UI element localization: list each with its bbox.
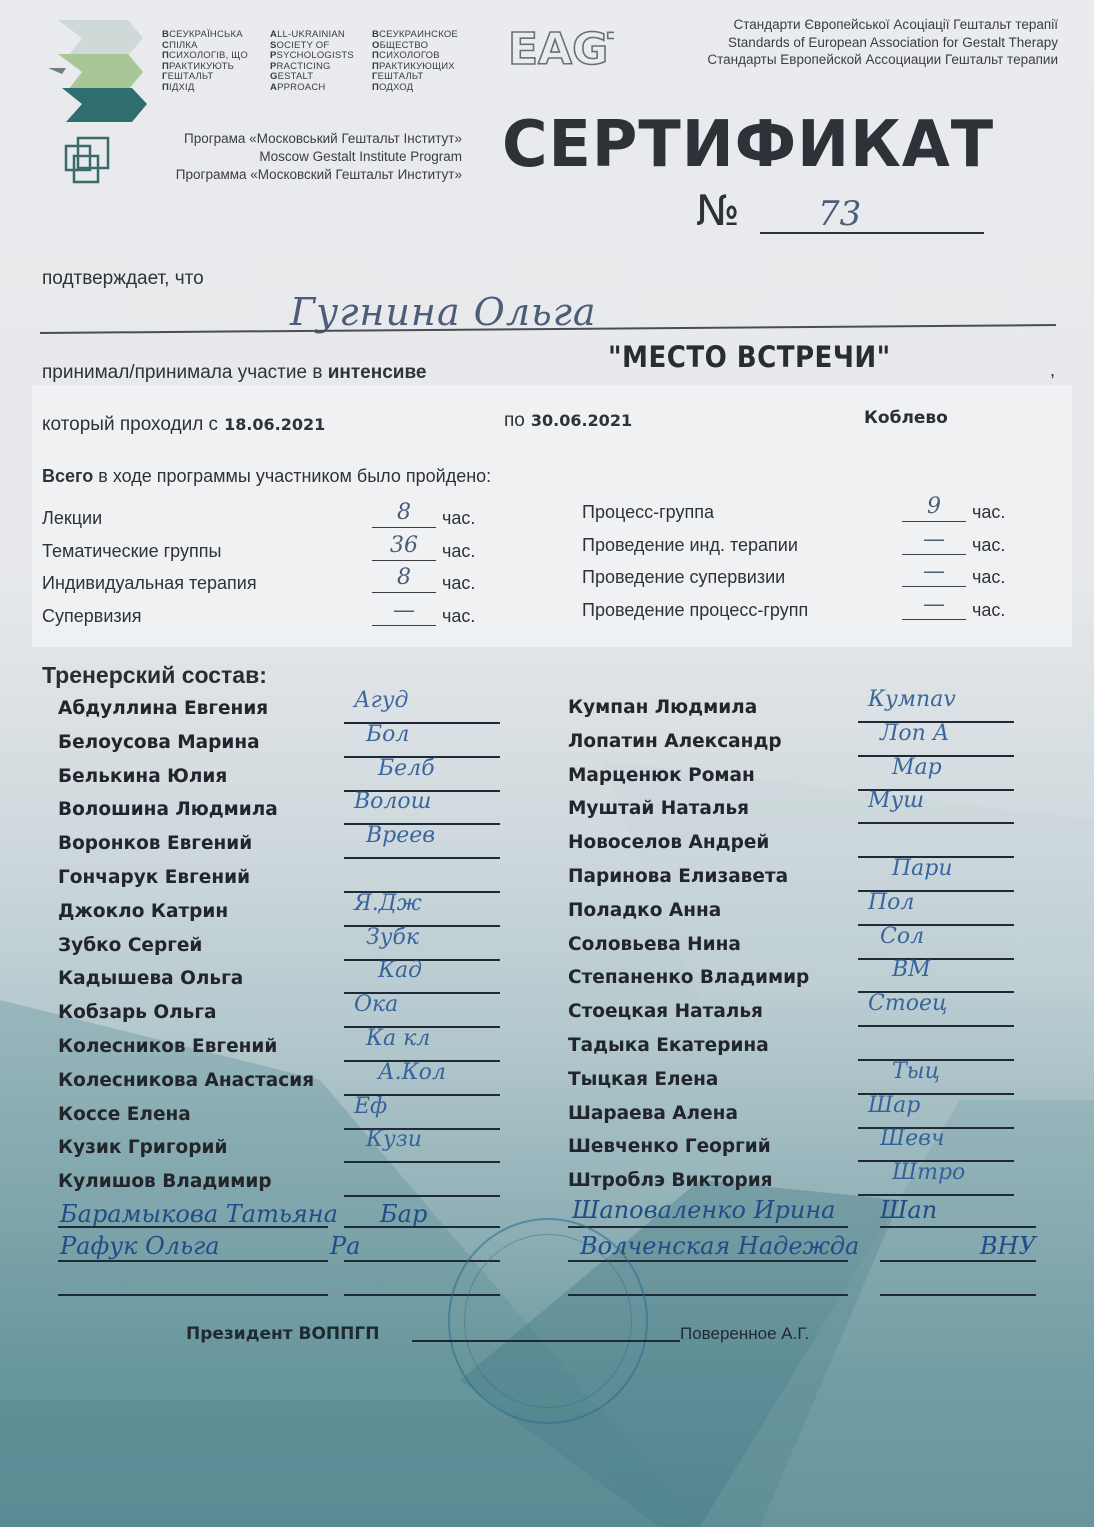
trainer-signature: Сол — [880, 924, 924, 949]
hours-label: Индивидуальная терапия — [42, 573, 257, 594]
society-name-line: PSYCHOLOGISTS — [270, 51, 354, 62]
hours-value: — — [923, 527, 945, 552]
trainer-signature: Я.Дж — [354, 891, 422, 916]
trainer-signature: Шевч — [880, 1126, 945, 1151]
trainer-name: Штроблэ Виктория — [568, 1170, 773, 1191]
date-from: 18.06.2021 — [224, 415, 325, 434]
trainer-signature: Шар — [868, 1093, 920, 1118]
svg-text:EAGT: EAGT — [508, 24, 614, 70]
trainer-name: Соловьева Нина — [568, 934, 741, 955]
society-name-line: ПСИХОЛОГОВ — [372, 51, 458, 62]
hours-unit: час. — [442, 541, 475, 562]
certificate-number-line — [760, 232, 984, 234]
hours-value: 9 — [927, 494, 941, 519]
trainer-signature: Белб — [378, 756, 435, 781]
hours-value-field: — — [372, 606, 436, 626]
trainer-name: Поладко Анна — [568, 900, 721, 921]
trainer-name: Паринова Елизавета — [568, 866, 788, 887]
president-signature-line — [412, 1340, 680, 1342]
hours-total-text: в ходе программы участником было пройден… — [93, 466, 491, 486]
society-initial: П — [162, 50, 169, 61]
society-initial: A — [270, 29, 277, 40]
trainer-signature: Кумпаv — [868, 687, 956, 712]
society-initial: Г — [372, 71, 378, 82]
hours-value: 8 — [397, 500, 411, 525]
trainer-name: Кулишов Владимир — [58, 1171, 272, 1192]
society-name-line: ВСЕУКРАИНСКОЕ — [372, 30, 458, 41]
society-initial: В — [372, 29, 379, 40]
hours-value-field: — — [902, 535, 966, 555]
society-initial: В — [162, 29, 169, 40]
society-initial: P — [270, 61, 277, 72]
signature-line — [880, 1294, 1036, 1296]
signature-line — [858, 958, 1014, 960]
society-initial: S — [270, 40, 277, 51]
hours-value-field: 9 — [902, 502, 966, 522]
trainer-name: Колесников Евгений — [58, 1036, 277, 1057]
society-name-line: ПОДХОД — [372, 83, 458, 94]
event-place: Коблево — [864, 408, 948, 428]
hours-unit: час. — [442, 606, 475, 627]
mgi-squares-logo — [62, 136, 114, 186]
trainer-signature: Еф — [354, 1094, 387, 1119]
eagt-logo: EAGT — [506, 22, 614, 70]
hours-value: — — [923, 592, 945, 617]
hours-label: Проведение процесс-групп — [582, 600, 808, 621]
trainer-name: Тадыка Екатерина — [568, 1035, 769, 1056]
trainer-signature: Муш — [868, 788, 924, 813]
trainer-signature: Тыц — [892, 1059, 940, 1084]
trainer-name: Белоусова Марина — [58, 732, 260, 753]
society-name-line: ГЕШТАЛЬТ — [372, 72, 458, 83]
signature-line — [858, 822, 1014, 824]
handwritten-trainer-name: Шаповаленко Ирина — [572, 1196, 835, 1224]
society-initial: П — [372, 82, 379, 93]
signature-line — [880, 1226, 1036, 1228]
program-line-ua: Програма «Московський Гештальт Інститут» — [176, 130, 462, 148]
trainer-name: Коссе Елена — [58, 1104, 191, 1125]
eagt-line-ru: Стандарты Европейской Ассоциации Гешталь… — [707, 51, 1058, 69]
trainer-signature: Кузи — [366, 1127, 422, 1152]
trainer-name: Тыцкая Елена — [568, 1069, 718, 1090]
trainer-name: Кадышева Ольга — [58, 968, 243, 989]
certificate-title: СЕРТИФИКАТ — [502, 108, 994, 182]
society-name-line: ПІДХІД — [162, 83, 248, 94]
trainer-signature: Штро — [892, 1160, 965, 1185]
society-name-ukrainian: ВСЕУКРАЇНСЬКАСПІЛКАПСИХОЛОГІВ, ЩОПРАКТИК… — [162, 30, 248, 93]
handwritten-trainer-signature: Бар — [380, 1200, 427, 1228]
hours-value: — — [393, 598, 415, 623]
hours-value: 36 — [390, 533, 418, 558]
hours-unit: час. — [972, 502, 1005, 523]
society-name-line: APPROACH — [270, 83, 354, 94]
society-name-line: ALL-UKRAINIAN — [270, 30, 354, 41]
hours-unit: час. — [442, 508, 475, 529]
society-initial: Г — [162, 71, 168, 82]
signature-line — [880, 1260, 1036, 1262]
trainer-name: Кузик Григорий — [58, 1137, 227, 1158]
signature-line — [344, 857, 500, 859]
signature-line — [58, 1260, 328, 1262]
hours-value-field: 8 — [372, 573, 436, 593]
trainer-name: Джокло Катрин — [58, 901, 228, 922]
certificate-number-label: № — [696, 186, 740, 235]
trainer-signature: Ока — [354, 992, 398, 1017]
signature-line — [858, 1025, 1014, 1027]
signature-line — [58, 1294, 328, 1296]
hours-value: 8 — [397, 565, 411, 590]
trainer-name: Кумпан Людмила — [568, 697, 757, 718]
participation-text: принимал/принимала участие в интенсиве — [42, 362, 426, 384]
trainer-signature: Агуд — [354, 688, 408, 713]
trainer-signature: Ка кл — [366, 1026, 430, 1051]
trainer-name: Волошина Людмила — [58, 799, 278, 820]
trainer-name: Воронков Евгений — [58, 833, 252, 854]
period-from: который проходил с18.06.2021 — [42, 414, 325, 436]
handwritten-trainer-signature: Шап — [880, 1196, 937, 1224]
society-name-line: ГЕШТАЛЬТ — [162, 72, 248, 83]
hours-unit: час. — [972, 600, 1005, 621]
hours-label: Супервизия — [42, 606, 141, 627]
period-to: по30.06.2021 — [504, 410, 632, 432]
eagt-line-ua: Стандарти Європейської Асоціації Гешталь… — [707, 16, 1058, 34]
trainer-signature: Волош — [354, 789, 432, 814]
trainer-signature: Кад — [378, 958, 422, 983]
trainer-signature: Мар — [892, 755, 942, 780]
society-name-russian: ВСЕУКРАИНСКОЕОБЩЕСТВОПСИХОЛОГОВПРАКТИКУЮ… — [372, 30, 458, 93]
trainer-name: Гончарук Евгений — [58, 867, 250, 888]
trainer-name: Новоселов Андрей — [568, 832, 769, 853]
society-initial: П — [162, 82, 169, 93]
society-name-line: ВСЕУКРАЇНСЬКА — [162, 30, 248, 41]
hours-unit: час. — [972, 535, 1005, 556]
signature-line — [568, 1226, 848, 1228]
society-initial: P — [270, 50, 277, 61]
trainer-name: Белькина Юлия — [58, 766, 227, 787]
eagt-standards-text: Стандарти Європейської Асоціації Гешталь… — [707, 16, 1058, 69]
society-initial: О — [372, 40, 380, 51]
signature-line — [344, 1226, 500, 1228]
participation-prefix: принимал/принимала участие в — [42, 362, 328, 383]
society-initial: G — [270, 71, 278, 82]
trainer-name: Шевченко Георгий — [568, 1136, 771, 1157]
trainer-name: Марценюк Роман — [568, 765, 755, 786]
trainer-name: Лопатин Александр — [568, 731, 782, 752]
trainer-name: Кобзарь Ольга — [58, 1002, 217, 1023]
trainer-signature: Вреев — [366, 823, 435, 848]
handwritten-trainer-signature: ВНУ — [980, 1232, 1036, 1260]
signature-line — [344, 1161, 500, 1163]
society-arrow-logo — [48, 18, 148, 123]
trainer-name: Степаненко Владимир — [568, 967, 809, 988]
program-line-ru: Программа «Московский Гештальт Институт» — [176, 166, 462, 184]
trainer-signature: А.Кол — [378, 1060, 446, 1085]
hours-value-field: 8 — [372, 508, 436, 528]
trainer-name: Шараева Алена — [568, 1103, 738, 1124]
hours-value-field: — — [902, 600, 966, 620]
trainers-heading: Тренерский состав: — [42, 662, 267, 689]
trainer-signature: Бол — [366, 722, 409, 747]
society-name-line: GESTALT — [270, 72, 354, 83]
participation-type: интенсиве — [328, 362, 427, 383]
trainer-name: Муштай Наталья — [568, 798, 749, 819]
hours-unit: час. — [972, 567, 1005, 588]
trainer-signature: Стоец — [868, 991, 947, 1016]
confirms-text: подтверждает, что — [42, 268, 204, 290]
hours-total-bold: Всего — [42, 466, 93, 486]
society-name-line: ПСИХОЛОГІВ, ЩО — [162, 51, 248, 62]
handwritten-trainer-name: Барамыкова Татьяна — [60, 1200, 338, 1228]
trainer-name: Зубко Сергей — [58, 935, 202, 956]
trainer-signature: Пол — [868, 890, 914, 915]
society-initial: A — [270, 82, 277, 93]
trainer-signature: Пари — [892, 856, 953, 881]
comma-mark: , — [1050, 360, 1055, 381]
hours-value-field: 36 — [372, 541, 436, 561]
trainer-signature: ВМ — [892, 957, 931, 982]
society-initial: П — [162, 61, 169, 72]
trainer-signature: Лоп А — [880, 721, 949, 746]
period-from-label: который проходил с — [42, 414, 218, 435]
trainer-name: Стоецкая Наталья — [568, 1001, 763, 1022]
hours-label: Проведение супервизии — [582, 567, 785, 588]
mgi-program-text: Програма «Московський Гештальт Інститут»… — [176, 130, 462, 184]
society-name-english: ALL-UKRAINIANSOCIETY OFPSYCHOLOGISTSPRAC… — [270, 30, 354, 93]
hours-unit: час. — [442, 573, 475, 594]
society-initial: С — [162, 40, 169, 51]
period-to-label: по — [504, 410, 525, 431]
hours-value: — — [923, 559, 945, 584]
hours-total-heading: Всего в ходе программы участником было п… — [42, 466, 491, 487]
handwritten-trainer-name: Рафук Ольга — [60, 1232, 220, 1260]
trainer-name: Колесникова Анастасия — [58, 1070, 314, 1091]
society-initial: П — [372, 61, 379, 72]
intensive-name: "МЕСТО ВСТРЕЧИ" — [608, 340, 891, 374]
certificate-number-value: 73 — [818, 194, 861, 234]
official-stamp — [448, 1218, 648, 1424]
signature-line — [344, 1195, 500, 1197]
hours-label: Лекции — [42, 508, 102, 529]
hours-label: Тематические группы — [42, 541, 221, 562]
date-to: 30.06.2021 — [531, 411, 632, 430]
handwritten-trainer-signature: Ра — [330, 1232, 360, 1260]
hours-value-field: — — [902, 567, 966, 587]
trainer-name: Абдуллина Евгения — [58, 698, 268, 719]
president-label: Президент ВОППГП — [186, 1324, 379, 1344]
president-name: Поверенное А.Г. — [680, 1324, 809, 1344]
signature-line — [58, 1226, 328, 1228]
program-line-en: Moscow Gestalt Institute Program — [176, 148, 462, 166]
trainer-signature: Зубк — [366, 925, 419, 950]
society-initial: П — [372, 50, 379, 61]
hours-label: Процесс-группа — [582, 502, 714, 523]
eagt-line-en: Standards of European Association for Ge… — [707, 34, 1058, 52]
hours-label: Проведение инд. терапии — [582, 535, 798, 556]
